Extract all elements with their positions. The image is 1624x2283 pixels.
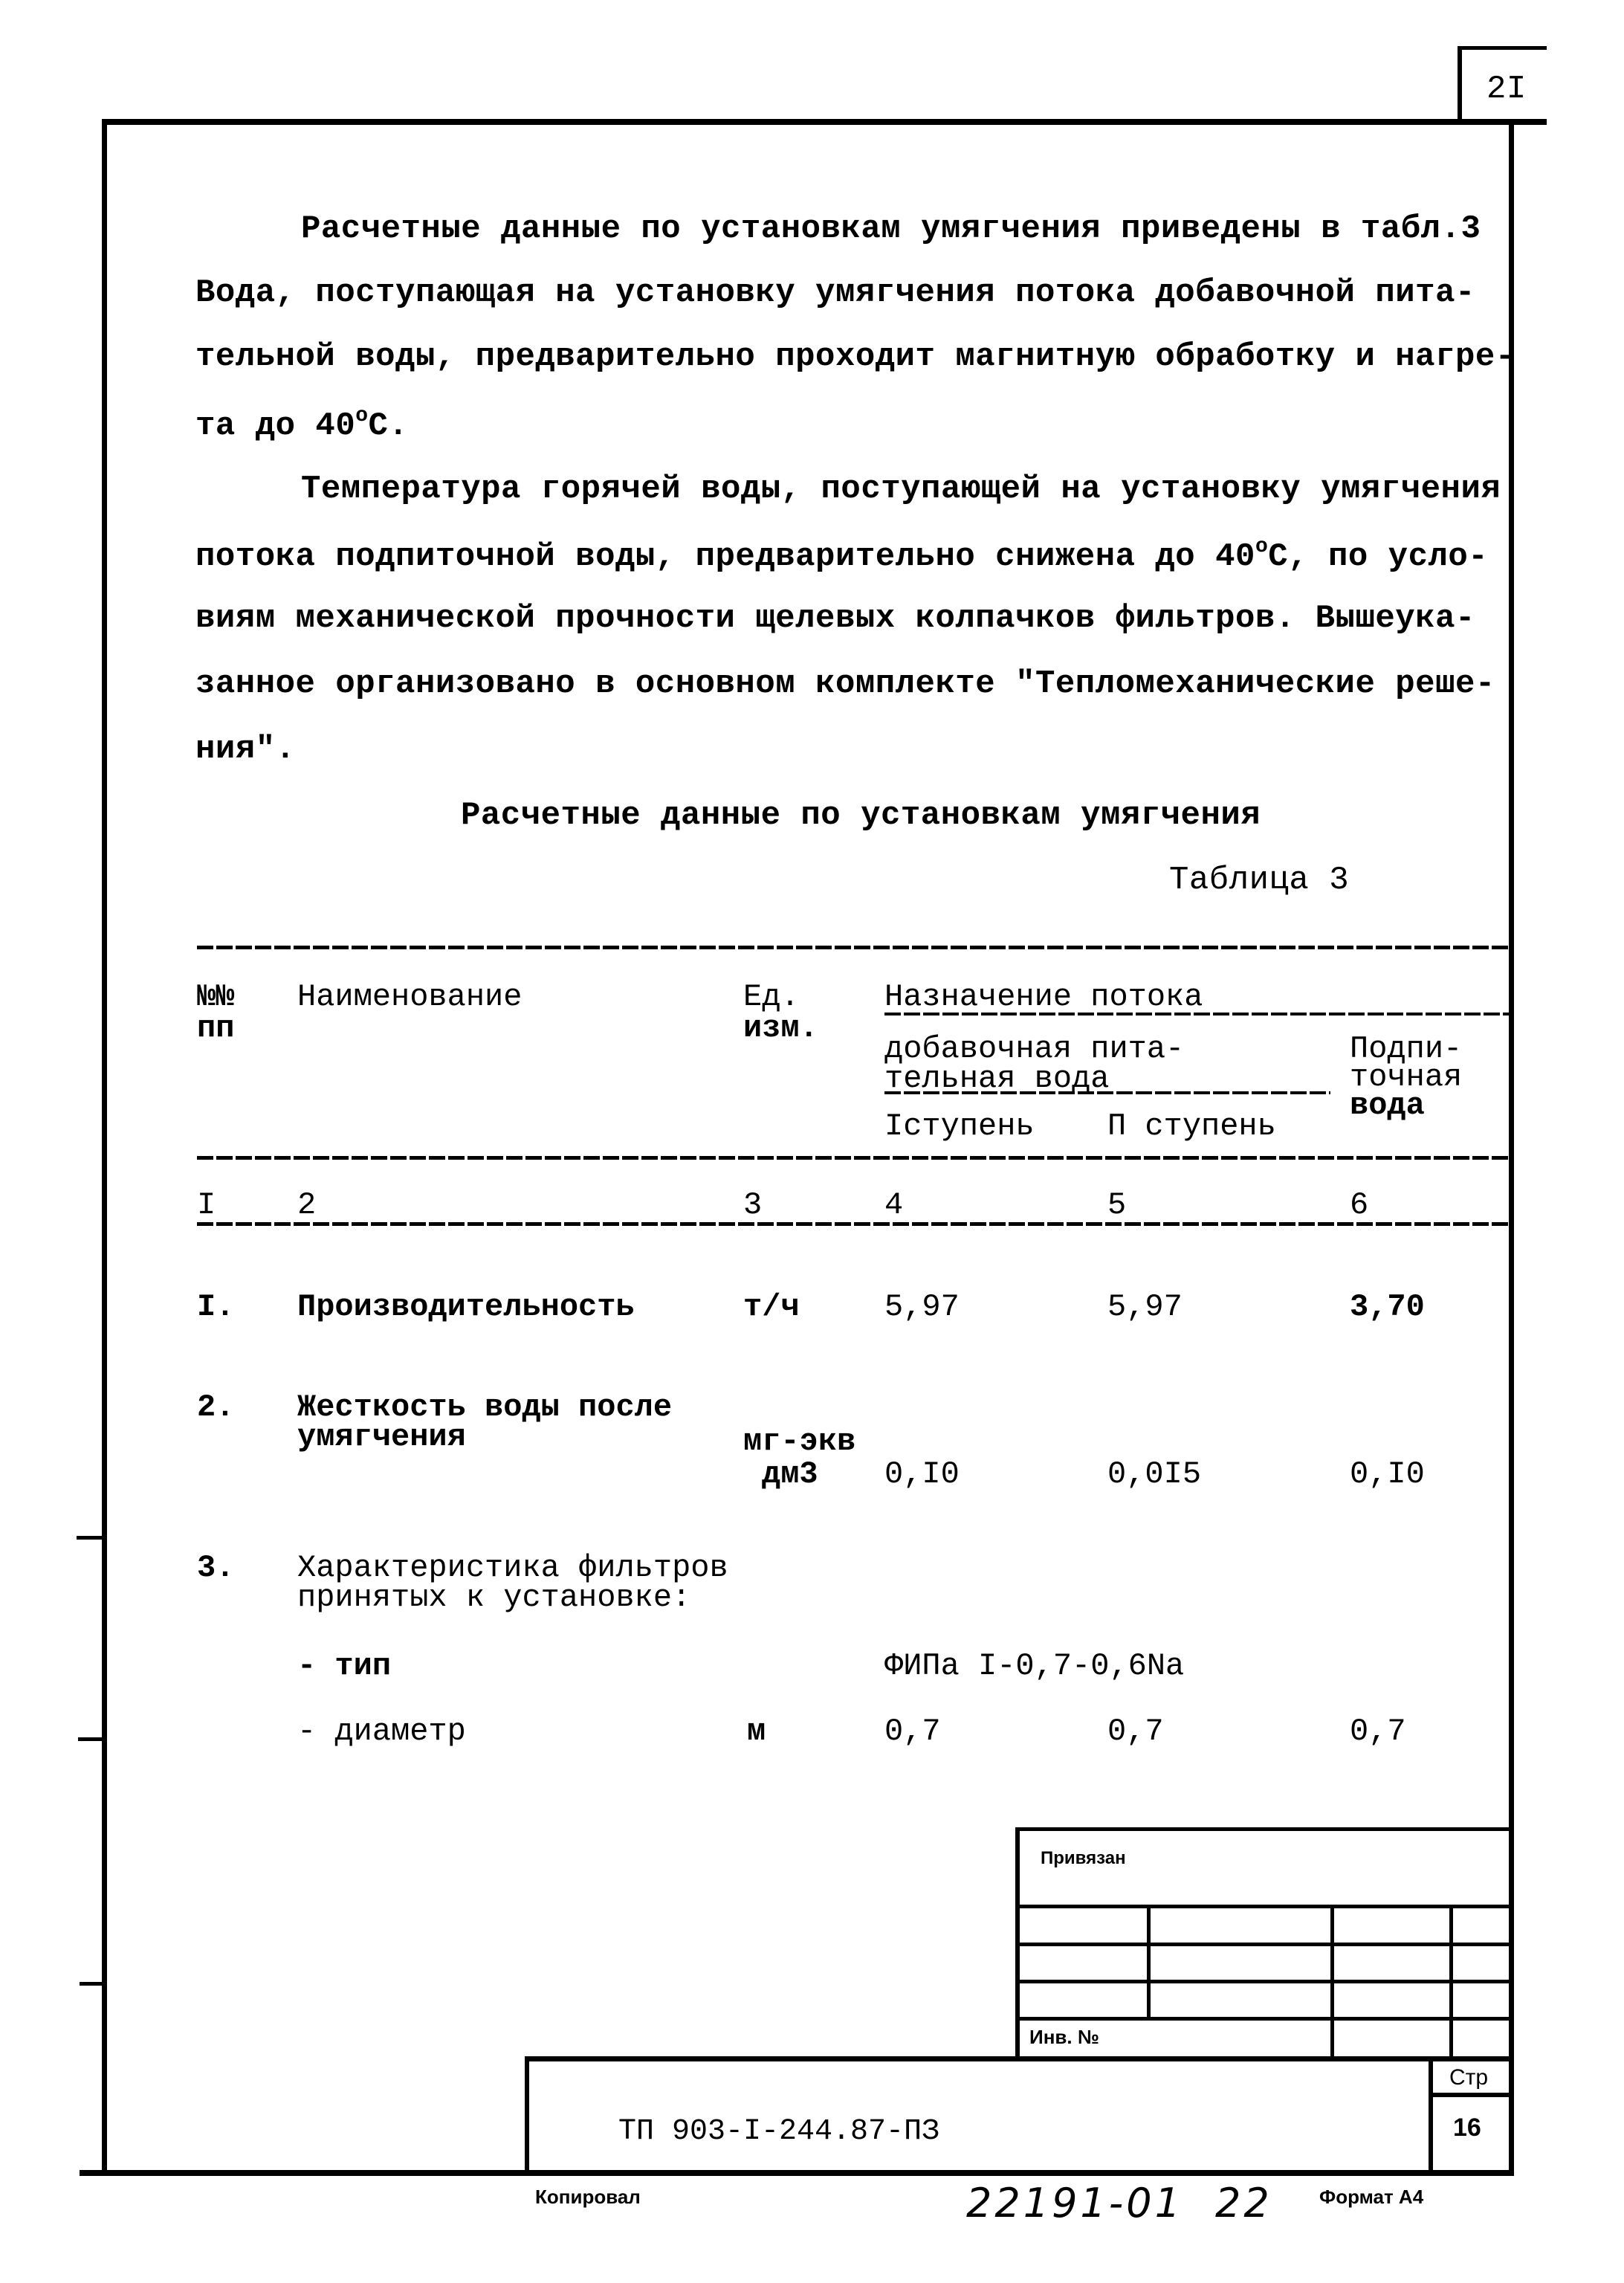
- bound-col-line: [1449, 1907, 1453, 2058]
- header-unit-line-2: изм.: [743, 1013, 818, 1044]
- bound-col-line: [1330, 1907, 1334, 2058]
- paragraph-1-line-3: тельной воды, предварительно проходит ма…: [195, 340, 1515, 373]
- table-label: Таблица 3: [1169, 864, 1349, 897]
- frame-bottom: [80, 2170, 1514, 2176]
- inventory-label: Инв. №: [1029, 2026, 1099, 2049]
- row-name-line-1: Характеристика фильтров: [297, 1552, 728, 1583]
- frame-left: [102, 119, 107, 2175]
- row-name-line-1: Жесткость воды после: [297, 1392, 672, 1423]
- paragraph-1-line-2: Вода, поступающая на установку умягчения…: [195, 277, 1475, 309]
- header-name: Наименование: [297, 981, 522, 1013]
- row-unit-line-2: дм3: [762, 1459, 818, 1490]
- bound-label: Привязан: [1041, 1848, 1126, 1869]
- bound-row-line: [1017, 1905, 1513, 1908]
- subrow-value-stage-2: 0,7: [1107, 1716, 1164, 1747]
- frame-right: [1509, 122, 1514, 2174]
- paragraph-2-line-5: ния".: [195, 733, 296, 766]
- bound-row-line: [1017, 2017, 1513, 2021]
- binding-tick: [78, 1737, 103, 1741]
- row-number: 3.: [197, 1552, 234, 1583]
- header-num-line-1: №№: [197, 981, 234, 1013]
- paragraph-1-line-4: та до 40оС.: [195, 406, 408, 442]
- header-stage-1: Iступень: [884, 1111, 1035, 1142]
- subrow-value-makeup: 0,7: [1350, 1716, 1406, 1747]
- document-code: ТП 903-I-244.87-ПЗ: [618, 2117, 939, 2147]
- column-number-6: 6: [1350, 1189, 1368, 1221]
- archive-sheet: 22: [1215, 2180, 1272, 2227]
- header-purpose: Назначение потока: [884, 981, 1203, 1013]
- copied-label: Копировал: [535, 2186, 641, 2209]
- paragraph-2-line-2: потока подпиточной воды, предварительно …: [195, 537, 1488, 573]
- row-number: 2.: [197, 1392, 234, 1423]
- subrow-value-stage-1: 0,7: [884, 1716, 941, 1747]
- sheet-number: 16: [1453, 2114, 1481, 2142]
- paragraph-1-line-4-tail: С.: [369, 407, 409, 445]
- paragraph-2-line-2-tail: С, по усло-: [1268, 538, 1488, 575]
- archive-number: 22191-01: [966, 2180, 1183, 2227]
- row-number: I.: [197, 1291, 234, 1323]
- row-unit: т/ч: [743, 1291, 800, 1323]
- row-value-makeup: 3,70: [1350, 1291, 1425, 1323]
- page-number-box-top: [1458, 46, 1547, 50]
- paragraph-2-line-1: Температура горячей воды, поступающей на…: [301, 473, 1501, 506]
- row-name-line-2: умягчения: [297, 1421, 466, 1453]
- header-bottom-rule: [197, 1156, 1511, 1160]
- paragraph-2-line-3: виям механической прочности щелевых колп…: [195, 602, 1475, 635]
- binding-tick: [80, 1982, 103, 1986]
- header-unit-line-1: Ед.: [743, 981, 800, 1013]
- bound-row-line: [1017, 1943, 1513, 1946]
- row-unit-line-1: мг-экв: [743, 1426, 855, 1457]
- table-top-rule: [197, 946, 1511, 949]
- format-label: Формат А4: [1319, 2186, 1423, 2209]
- subrow-unit: м: [747, 1716, 766, 1747]
- sheet-label: Стр: [1449, 2065, 1488, 2090]
- bound-col-line: [1147, 1907, 1151, 2018]
- degree-sign: о: [1255, 535, 1268, 558]
- bound-row-line: [1017, 1980, 1513, 1983]
- sheet-cell-left: [1429, 2059, 1433, 2172]
- column-numbers-rule: [197, 1222, 1511, 1226]
- header-stage-2: П ступень: [1107, 1111, 1276, 1142]
- table-caption: Расчетные данные по установкам умягчения: [461, 799, 1261, 832]
- row-value-stage-1: 0,I0: [884, 1459, 960, 1490]
- paragraph-2-line-4: занное организовано в основном комплекте…: [195, 668, 1495, 700]
- row-value-makeup: 0,I0: [1350, 1459, 1425, 1490]
- column-number-5: 5: [1107, 1189, 1126, 1221]
- header-feed-water-line-2: тельная вода: [884, 1063, 1109, 1094]
- row-value-stage-1: 5,97: [884, 1291, 960, 1323]
- column-number-1: I: [197, 1189, 216, 1221]
- binding-tick: [77, 1536, 103, 1540]
- paragraph-1-line-4-text: та до 40: [195, 407, 355, 445]
- header-feed-water-line-1: добавочная пита-: [884, 1033, 1184, 1065]
- row-value-stage-2: 0,0I5: [1107, 1459, 1201, 1490]
- page-number-box-left: [1458, 46, 1462, 122]
- frame-top: [104, 119, 1547, 125]
- paragraph-2-line-2-text: потока подпиточной воды, предварительно …: [195, 538, 1255, 575]
- header-makeup-line-3: вода: [1350, 1090, 1425, 1121]
- row-value-stage-2: 5,97: [1107, 1291, 1183, 1323]
- title-box-left: [525, 2056, 529, 2173]
- header-num-line-2: пп: [197, 1013, 234, 1044]
- subrow-name: - тип: [297, 1650, 391, 1682]
- filter-type-value: ФИПа I-0,7-0,6Na: [884, 1650, 1184, 1682]
- bound-panel-top: [1015, 1827, 1513, 1831]
- column-number-4: 4: [884, 1189, 903, 1221]
- degree-sign: о: [355, 404, 368, 427]
- row-name: Производительность: [297, 1291, 635, 1323]
- row-name-line-2: принятых к установке:: [297, 1582, 690, 1613]
- title-box-top: [525, 2056, 1513, 2061]
- sheet-cell-divider: [1430, 2093, 1512, 2097]
- subrow-name: - диаметр: [297, 1716, 466, 1747]
- page-number: 2I: [1486, 73, 1527, 106]
- column-number-3: 3: [743, 1189, 762, 1221]
- column-number-2: 2: [297, 1189, 316, 1221]
- paragraph-1-line-1: Расчетные данные по установкам умягчения…: [301, 213, 1481, 245]
